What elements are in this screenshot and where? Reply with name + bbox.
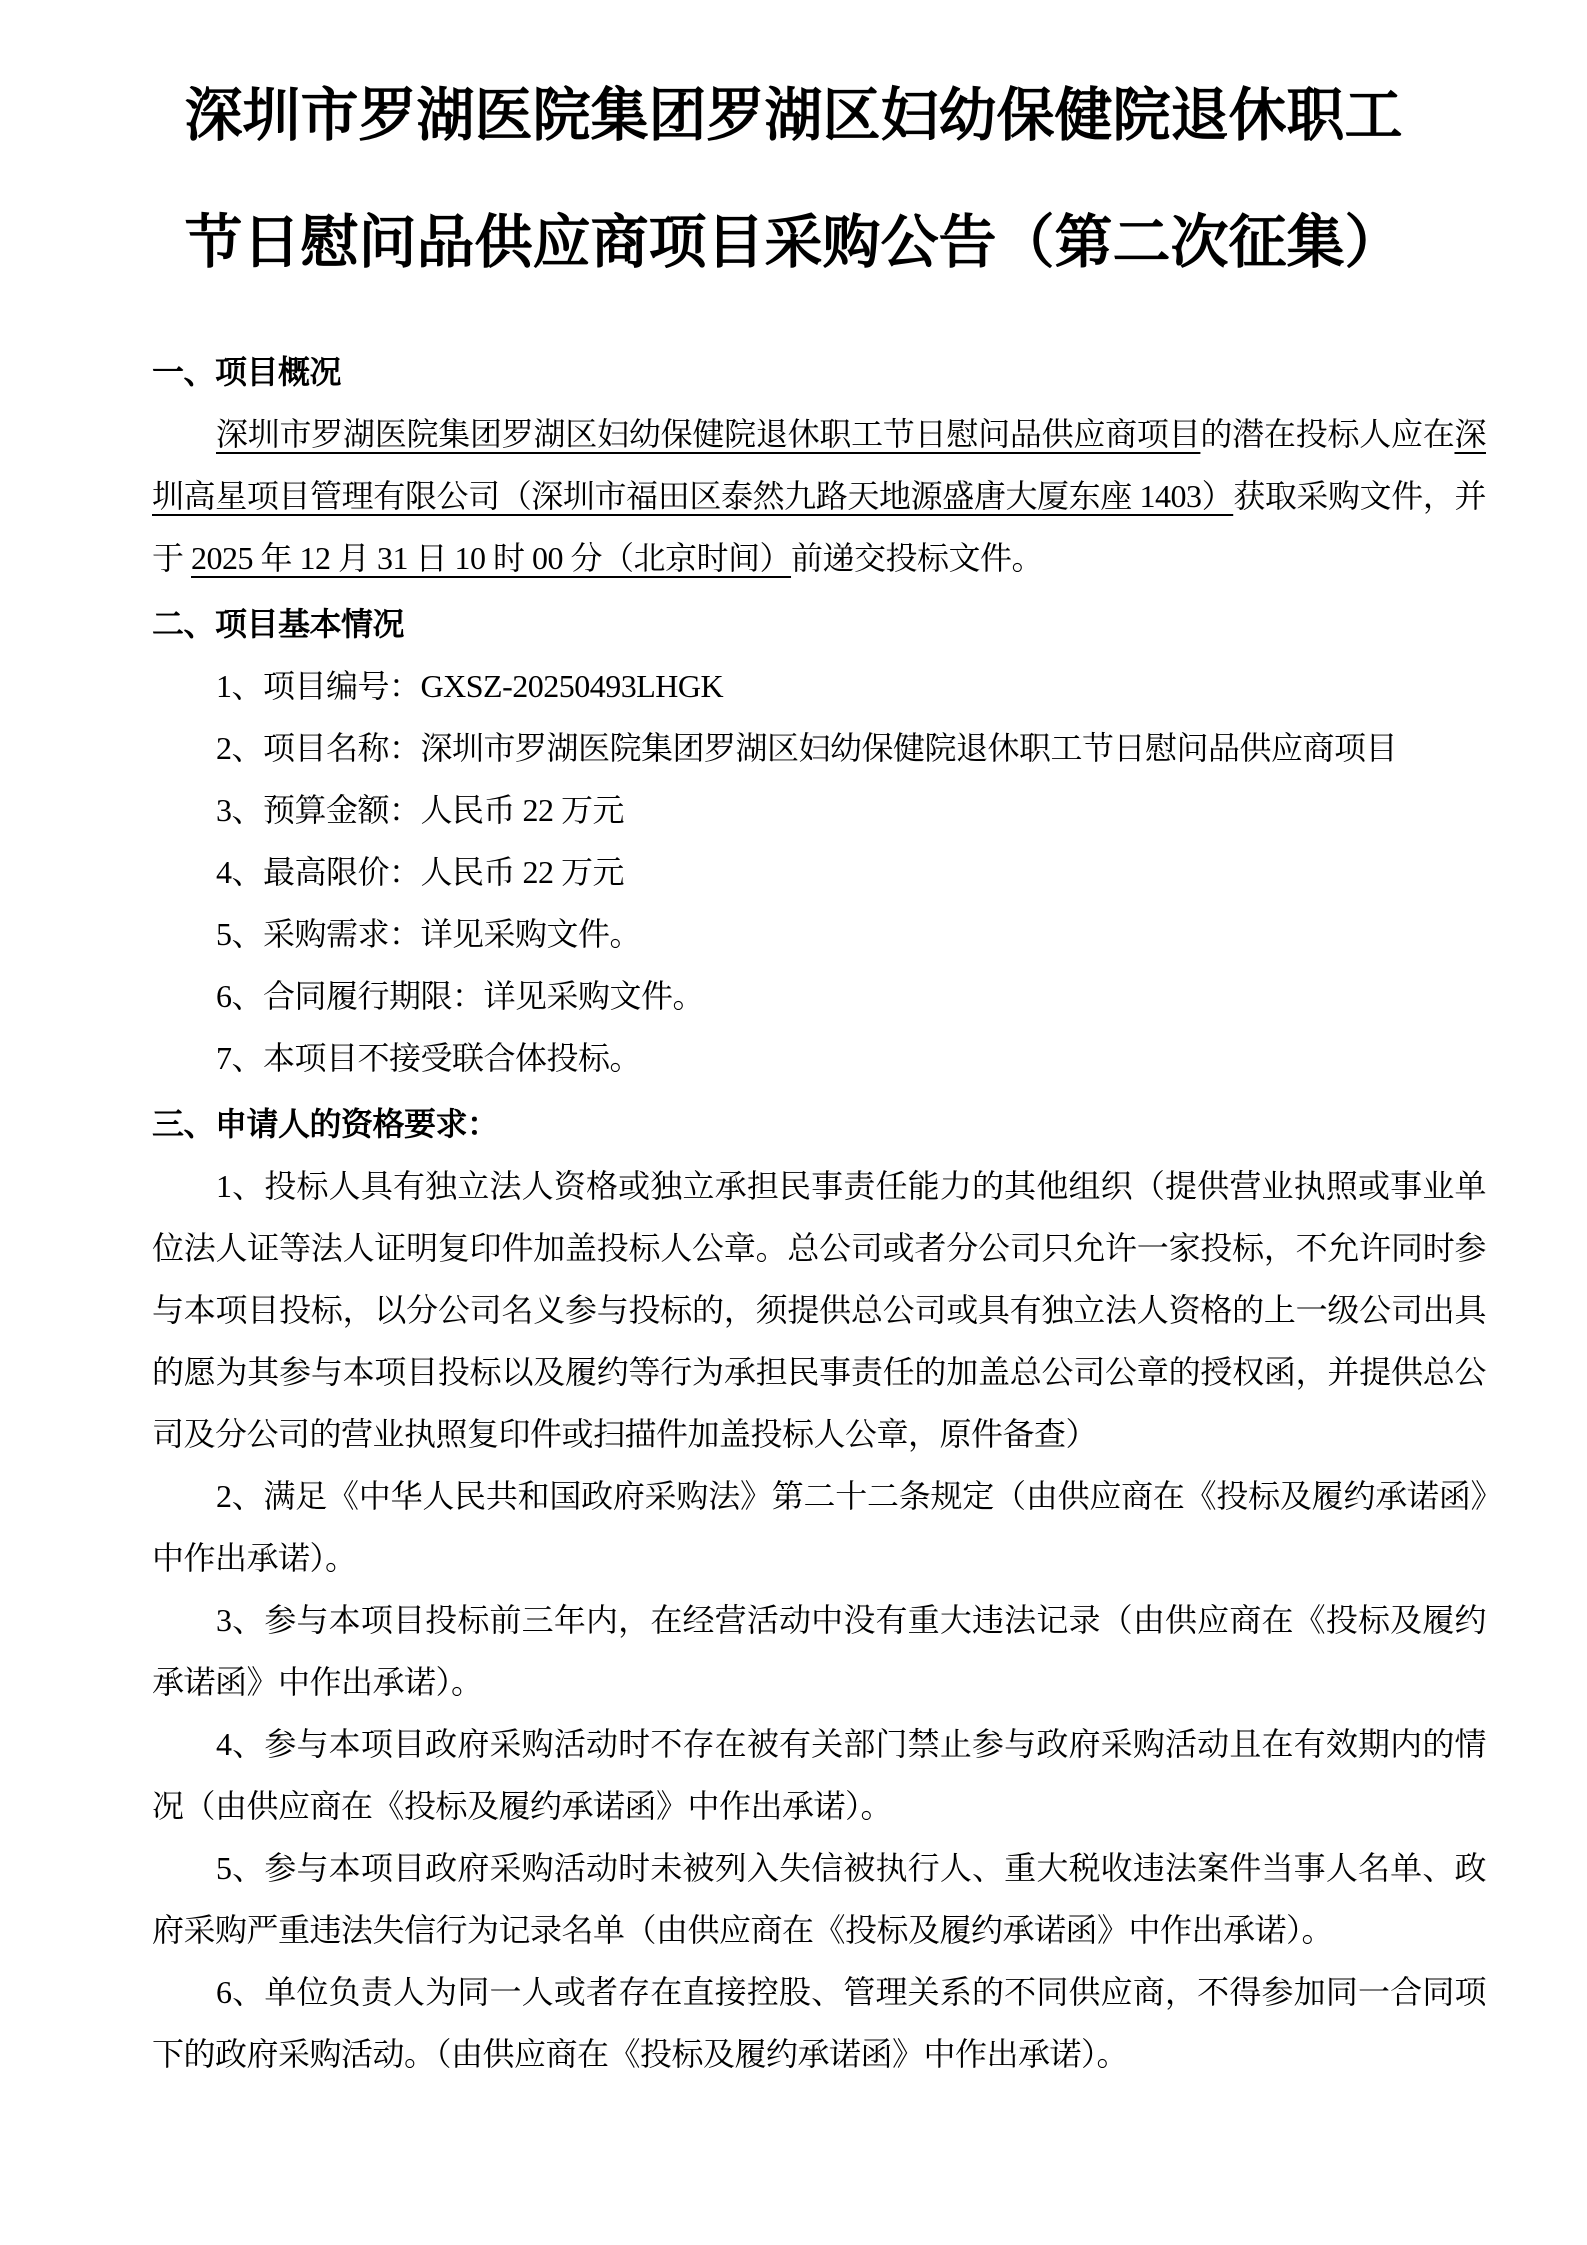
bid-deadline-underlined: 2025 年 12 月 31 日 10 时 00 分（北京时间） — [191, 540, 791, 576]
overview-text-segment: 前递交投标文件。 — [791, 540, 1043, 576]
qualification-item-5: 5、参与本项目政府采购活动时未被列入失信被执行人、重大税收违法案件当事人名单、政… — [152, 1837, 1486, 1961]
document-title-line-2: 节日慰问品供应商项目采购公告（第二次征集） — [101, 179, 1486, 306]
basic-info-item-project-number: 1、项目编号：GXSZ-20250493LHGK — [152, 655, 1486, 717]
basic-info-item-price-cap: 4、最高限价：人民币 22 万元 — [152, 841, 1486, 903]
qualification-item-1: 1、投标人具有独立法人资格或独立承担民事责任能力的其他组织（提供营业执照或事业单… — [152, 1155, 1486, 1465]
project-name-underlined: 深圳市罗湖医院集团罗湖区妇幼保健院退休职工节日慰问品供应商项目 — [216, 416, 1200, 452]
section-overview-heading: 一、项目概况 — [152, 341, 1486, 403]
basic-info-item-budget: 3、预算金额：人民币 22 万元 — [152, 779, 1486, 841]
basic-info-item-project-name: 2、项目名称：深圳市罗湖医院集团罗湖区妇幼保健院退休职工节日慰问品供应商项目 — [152, 717, 1486, 779]
qualification-item-2: 2、满足《中华人民共和国政府采购法》第二十二条规定（由供应商在《投标及履约承诺函… — [152, 1465, 1486, 1589]
document-title-line-1: 深圳市罗湖医院集团罗湖区妇幼保健院退休职工 — [101, 52, 1486, 179]
qualification-item-6: 6、单位负责人为同一人或者存在直接控股、管理关系的不同供应商，不得参加同一合同项… — [152, 1961, 1486, 2085]
qualification-item-4: 4、参与本项目政府采购活动时不存在被有关部门禁止参与政府采购活动且在有效期内的情… — [152, 1713, 1486, 1837]
project-overview-paragraph: 深圳市罗湖医院集团罗湖区妇幼保健院退休职工节日慰问品供应商项目的潜在投标人应在深… — [152, 403, 1486, 589]
section-basic-info-heading: 二、项目基本情况 — [152, 593, 1486, 655]
section-qualifications-heading: 三、申请人的资格要求： — [152, 1093, 1486, 1155]
document-page: 深圳市罗湖医院集团罗湖区妇幼保健院退休职工 节日慰问品供应商项目采购公告（第二次… — [0, 0, 1587, 2245]
document-title: 深圳市罗湖医院集团罗湖区妇幼保健院退休职工 节日慰问品供应商项目采购公告（第二次… — [101, 52, 1486, 306]
qualification-item-3: 3、参与本项目投标前三年内，在经营活动中没有重大违法记录（由供应商在《投标及履约… — [152, 1589, 1486, 1713]
document-body: 一、项目概况 深圳市罗湖医院集团罗湖区妇幼保健院退休职工节日慰问品供应商项目的潜… — [152, 341, 1486, 2085]
basic-info-item-contract-term: 6、合同履行期限：详见采购文件。 — [152, 965, 1486, 1027]
basic-info-item-no-consortium: 7、本项目不接受联合体投标。 — [152, 1027, 1486, 1089]
basic-info-item-requirements: 5、采购需求：详见采购文件。 — [152, 903, 1486, 965]
overview-text-segment: 的潜在投标人应在 — [1200, 416, 1454, 452]
